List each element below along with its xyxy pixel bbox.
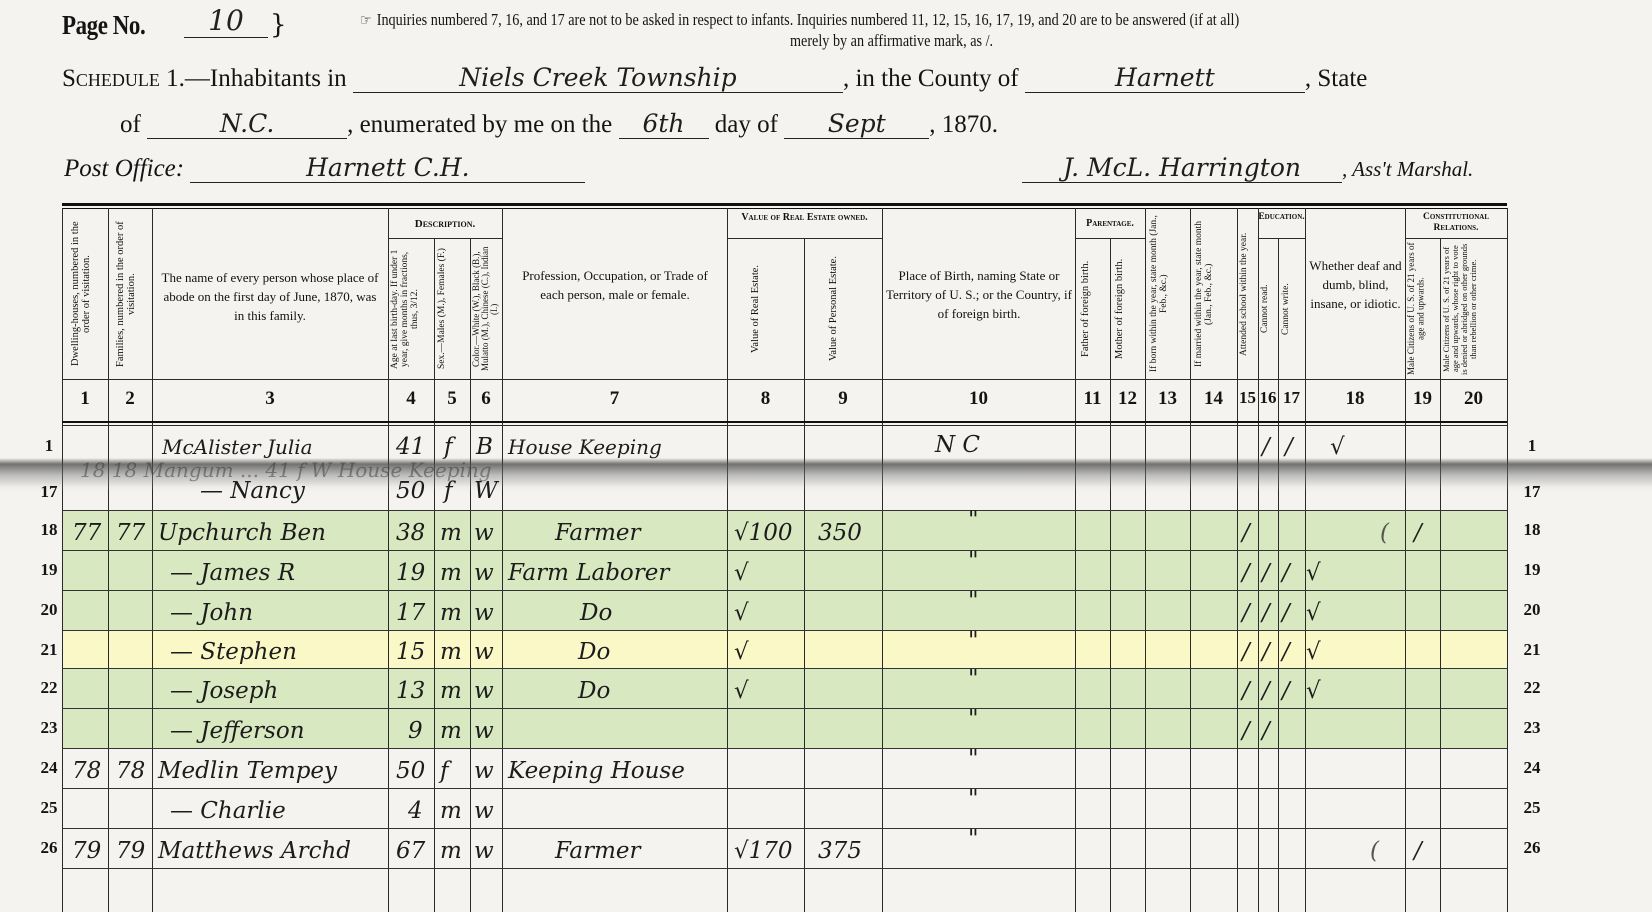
row-age: 17 (396, 598, 425, 628)
col-header-male-citizens: Male Citizens of U. S. of 21 years of ag… (1407, 242, 1439, 376)
col-divider (1237, 208, 1238, 912)
month-field: Sept (784, 110, 929, 139)
col-header-cannot-read: Cannot read. (1260, 242, 1277, 376)
row-real-estate: √ (734, 558, 749, 588)
row-age: 4 (408, 796, 423, 826)
line-number-left: 25 (34, 798, 64, 818)
row-c17: / (1282, 598, 1290, 628)
row-sex: m (440, 598, 462, 628)
col-divider (388, 208, 389, 912)
group-header-real-estate: Value of Real Estate owned. (727, 212, 882, 223)
row-sex: f (444, 476, 453, 506)
double-rule (62, 425, 1507, 426)
row-birthplace: " (968, 505, 979, 535)
row-c17: / (1282, 558, 1290, 588)
line-number-right: 20 (1517, 600, 1547, 620)
col-divider (804, 238, 805, 912)
marshal-label: , Ass't Marshal. (1342, 157, 1473, 181)
group-rule (1258, 238, 1305, 239)
row-age: 38 (396, 518, 425, 548)
row-c15: / (1242, 716, 1250, 746)
line-number-right: 26 (1517, 838, 1547, 858)
line-number-left: 20 (34, 600, 64, 620)
row-sex: m (440, 716, 462, 746)
row-name: — Charlie (170, 796, 286, 826)
table-top-rule-thin (62, 208, 1507, 209)
col-number: 7 (502, 388, 727, 410)
county-field: Harnett (1025, 64, 1305, 93)
year-label: , 1870. (929, 111, 998, 138)
row-sex: m (440, 836, 462, 866)
day-field: 6th (619, 110, 709, 139)
col-number: 18 (1305, 388, 1405, 410)
col-header-married-within-year: If married within the year, state month … (1194, 212, 1234, 376)
col-number: 20 (1440, 388, 1507, 410)
col-number: 9 (804, 388, 882, 410)
of-label: of (120, 111, 141, 138)
row-age: 50 (396, 476, 425, 506)
schedule-line: Schedule 1.—Inhabitants in Niels Creek T… (62, 64, 1367, 93)
day-of-label: day of (715, 111, 778, 138)
line-number-left: 19 (34, 560, 64, 580)
row-c16: / (1262, 676, 1270, 706)
row-c17: / (1282, 676, 1290, 706)
col-number: 3 (152, 388, 388, 410)
col-number: 14 (1190, 388, 1237, 410)
col-divider (1258, 208, 1259, 912)
line-number-right: 19 (1517, 560, 1547, 580)
row-occupation: Farmer (555, 518, 641, 548)
row-age: 19 (396, 558, 425, 588)
row-age: 15 (396, 637, 425, 667)
col-number: 8 (727, 388, 804, 410)
row-color: W (474, 476, 498, 506)
col-divider (1075, 208, 1076, 912)
line-number-left: 1 (34, 436, 64, 456)
marshal-signature: J. McL. Harrington (1022, 154, 1342, 183)
col-number: 16 (1258, 388, 1278, 408)
township-field: Niels Creek Township (353, 64, 843, 93)
row-occupation: Farmer (555, 836, 641, 866)
post-office-label: Post Office: (64, 155, 184, 182)
enumerated-label: , enumerated by me on the (347, 111, 612, 138)
line-number-left: 21 (34, 640, 64, 660)
table-top-rule (62, 203, 1507, 206)
row-c16: / (1262, 558, 1270, 588)
row-name: — Nancy (200, 476, 305, 506)
row-c18: √ (1306, 558, 1321, 588)
col-header-family: Families, numbered in the order of visit… (115, 212, 145, 376)
row-rule (62, 550, 1507, 551)
line-number-left: 23 (34, 718, 64, 738)
row-birthplace: N C (935, 430, 980, 460)
col-divider (1110, 238, 1111, 912)
row-color: w (474, 518, 494, 548)
col-header-birthplace: Place of Birth, naming State or Territor… (886, 266, 1072, 323)
row-color: w (474, 558, 494, 588)
row-name: Medlin Tempey (158, 756, 337, 786)
col-divider (727, 208, 728, 912)
col-number: 1 (62, 388, 108, 410)
col-number: 12 (1110, 388, 1145, 410)
row-c15: / (1242, 598, 1250, 628)
row-birthplace: " (968, 784, 979, 814)
row-occupation: Farm Laborer (508, 558, 669, 588)
group-header-education: Education. (1258, 212, 1305, 223)
row-age: 50 (396, 756, 425, 786)
row-c15: / (1242, 518, 1250, 548)
row-real-estate: √ (734, 676, 749, 706)
row-name: — James R (170, 558, 295, 588)
row-real-estate: √100 (734, 518, 793, 548)
group-header-parentage: Parentage. (1075, 218, 1145, 230)
col-divider (1145, 208, 1146, 912)
row-name: — Stephen (170, 637, 297, 667)
row-rule (62, 590, 1507, 591)
row-c18: ( (1380, 518, 1389, 548)
row-c19: / (1414, 518, 1422, 548)
row-rule (62, 668, 1507, 669)
row-family: 77 (116, 518, 145, 548)
double-rule (62, 421, 1507, 423)
row-sex: m (440, 518, 462, 548)
col-header-cannot-write: Cannot write. (1281, 242, 1303, 376)
row-age: 9 (408, 716, 423, 746)
row-c18: √ (1306, 598, 1321, 628)
row-name: — John (170, 598, 253, 628)
notice-line-2: merely by an affirmative mark, as /. (360, 31, 1349, 51)
row-dwelling: 79 (72, 836, 101, 866)
line-number-left: 18 (34, 520, 64, 540)
col-divider (882, 208, 883, 912)
row-c18: ( (1370, 836, 1379, 866)
pointing-hand-icon: ☞ (360, 13, 372, 29)
row-c19: / (1414, 836, 1422, 866)
enumeration-line: of N.C., enumerated by me on the 6th day… (120, 110, 998, 139)
col-header-attended-school: Attended school within the year. (1239, 212, 1257, 376)
row-c15: / (1242, 676, 1250, 706)
col-divider (502, 208, 503, 912)
row-real-estate: √ (734, 598, 749, 628)
col-header-dwelling: Dwelling-houses, numbered in the order o… (70, 212, 100, 376)
col-header-deaf-blind: Whether deaf and dumb, blind, insane, or… (1308, 256, 1403, 313)
row-rule (62, 828, 1507, 829)
row-sex: m (440, 676, 462, 706)
col-divider (152, 208, 153, 912)
group-rule (1075, 238, 1145, 239)
col-header-born-within-year: If born within the year, state month (Ja… (1149, 212, 1187, 376)
row-rule (62, 748, 1507, 749)
instructions-notice: ☞Inquiries numbered 7, 16, and 17 are no… (360, 10, 1349, 51)
row-birthplace: " (968, 546, 979, 576)
row-occupation: Do (578, 637, 610, 667)
col-number: 6 (470, 388, 502, 410)
col-divider (434, 238, 435, 912)
schedule-label: Schedule 1. (62, 65, 185, 92)
county-label: , in the County of (843, 65, 1019, 92)
group-rule (388, 238, 502, 239)
line-number-right: 1 (1517, 436, 1547, 456)
col-divider (1190, 208, 1191, 912)
row-color: w (474, 756, 494, 786)
col-number: 17 (1278, 388, 1305, 408)
state-field: N.C. (147, 110, 347, 139)
row-rule (62, 630, 1507, 631)
col-number: 4 (388, 388, 434, 410)
col-header-personal-estate: Value of Personal Estate. (828, 242, 858, 376)
row-occupation: Keeping House (508, 756, 685, 786)
notice-line-1: Inquiries numbered 7, 16, and 17 are not… (377, 10, 1239, 29)
col-number: 10 (882, 388, 1075, 410)
group-rule (727, 238, 882, 239)
col-header-real-estate: Value of Real Estate. (750, 242, 780, 376)
row-c15: / (1242, 637, 1250, 667)
row-c17: / (1282, 637, 1290, 667)
row-c15: / (1242, 558, 1250, 588)
row-c16: / (1262, 716, 1270, 746)
row-dwelling: 78 (72, 756, 101, 786)
row-rule (62, 788, 1507, 789)
col-header-name: The name of every person whose place of … (160, 268, 380, 325)
line-number-left: 26 (34, 838, 64, 858)
col-number: 15 (1237, 388, 1258, 408)
group-header-constitutional: Constitutional Relations. (1405, 212, 1507, 234)
row-birthplace: " (968, 626, 979, 656)
line-number-left: 24 (34, 758, 64, 778)
col-header-vote-denied: Male Citizens of U. S. of 21 years of ag… (1442, 242, 1505, 376)
row-color: w (474, 598, 494, 628)
header-bottom-rule (62, 379, 1507, 380)
row-dwelling: 77 (72, 518, 101, 548)
col-divider (108, 208, 109, 912)
col-divider (1507, 208, 1508, 912)
col-divider (1278, 238, 1279, 912)
row-name: — Joseph (170, 676, 278, 706)
row-real-estate: √ (734, 637, 749, 667)
line-number-right: 18 (1517, 520, 1547, 540)
page-number-label: Page No. (62, 10, 145, 41)
row-color: w (474, 796, 494, 826)
row-c16: / (1262, 637, 1270, 667)
line-number-right: 23 (1517, 718, 1547, 738)
row-c18: √ (1306, 676, 1321, 706)
row-age: 67 (396, 836, 425, 866)
row-personal-estate: 375 (818, 836, 862, 866)
row-real-estate: √170 (734, 836, 793, 866)
col-header-age: Age at last birth-day. If under 1 year, … (390, 242, 432, 376)
col-number: 2 (108, 388, 152, 410)
row-occupation: Do (578, 676, 610, 706)
post-office-line: Post Office: Harnett C.H. (64, 154, 585, 183)
row-color: w (474, 676, 494, 706)
line-number-left: 22 (34, 678, 64, 698)
line-number-left: 17 (34, 482, 64, 502)
col-header-mother-foreign: Mother of foreign birth. (1114, 242, 1140, 376)
row-birthplace: " (968, 664, 979, 694)
row-rule (62, 708, 1507, 709)
col-header-father-foreign: Father of foreign birth. (1080, 242, 1106, 376)
row-personal-estate: 350 (818, 518, 862, 548)
row-birthplace: " (968, 586, 979, 616)
col-number: 13 (1145, 388, 1190, 410)
row-name: Upchurch Ben (158, 518, 326, 548)
row-sex: m (440, 796, 462, 826)
col-header-color: Color.—White (W.), Black (B.), Mulatto (… (472, 242, 500, 376)
row-birthplace: " (968, 744, 979, 774)
row-occupation: Do (580, 598, 612, 628)
row-sex: f (440, 756, 449, 786)
line-number-right: 24 (1517, 758, 1547, 778)
col-number: 11 (1075, 388, 1110, 410)
row-age: 13 (396, 676, 425, 706)
row-color: w (474, 716, 494, 746)
row-name: Matthews Archd (158, 836, 351, 866)
line-number-right: 17 (1517, 482, 1547, 502)
row-name: — Jefferson (170, 716, 305, 746)
line-number-right: 21 (1517, 640, 1547, 660)
post-office-field: Harnett C.H. (190, 154, 585, 183)
row-birthplace: " (968, 824, 979, 854)
line-number-right: 22 (1517, 678, 1547, 698)
row-rule (62, 868, 1507, 869)
marshal-line: J. McL. Harrington, Ass't Marshal. (1022, 154, 1473, 183)
inhabitants-label: —Inhabitants in (185, 65, 347, 92)
line-number-right: 25 (1517, 798, 1547, 818)
brace-mark: } (270, 10, 287, 40)
row-sex: m (440, 637, 462, 667)
col-header-sex: Sex.—Males (M.), Females (F.) (437, 242, 467, 376)
row-sex: m (440, 558, 462, 588)
row-birthplace: " (968, 704, 979, 734)
row-color: w (474, 637, 494, 667)
col-header-occupation: Profession, Occupation, or Trade of each… (515, 266, 715, 304)
state-label: , State (1305, 65, 1368, 92)
row-color: w (474, 836, 494, 866)
row-c18: √ (1306, 637, 1321, 667)
row-c16: / (1262, 598, 1270, 628)
row-family: 79 (116, 836, 145, 866)
row-rule (62, 510, 1507, 511)
page-number-value: 10 (184, 4, 268, 38)
row-family: 78 (116, 756, 145, 786)
col-number: 5 (434, 388, 470, 410)
group-rule (1405, 238, 1507, 239)
col-number: 19 (1405, 388, 1440, 410)
group-header-description: Description. (388, 218, 502, 230)
